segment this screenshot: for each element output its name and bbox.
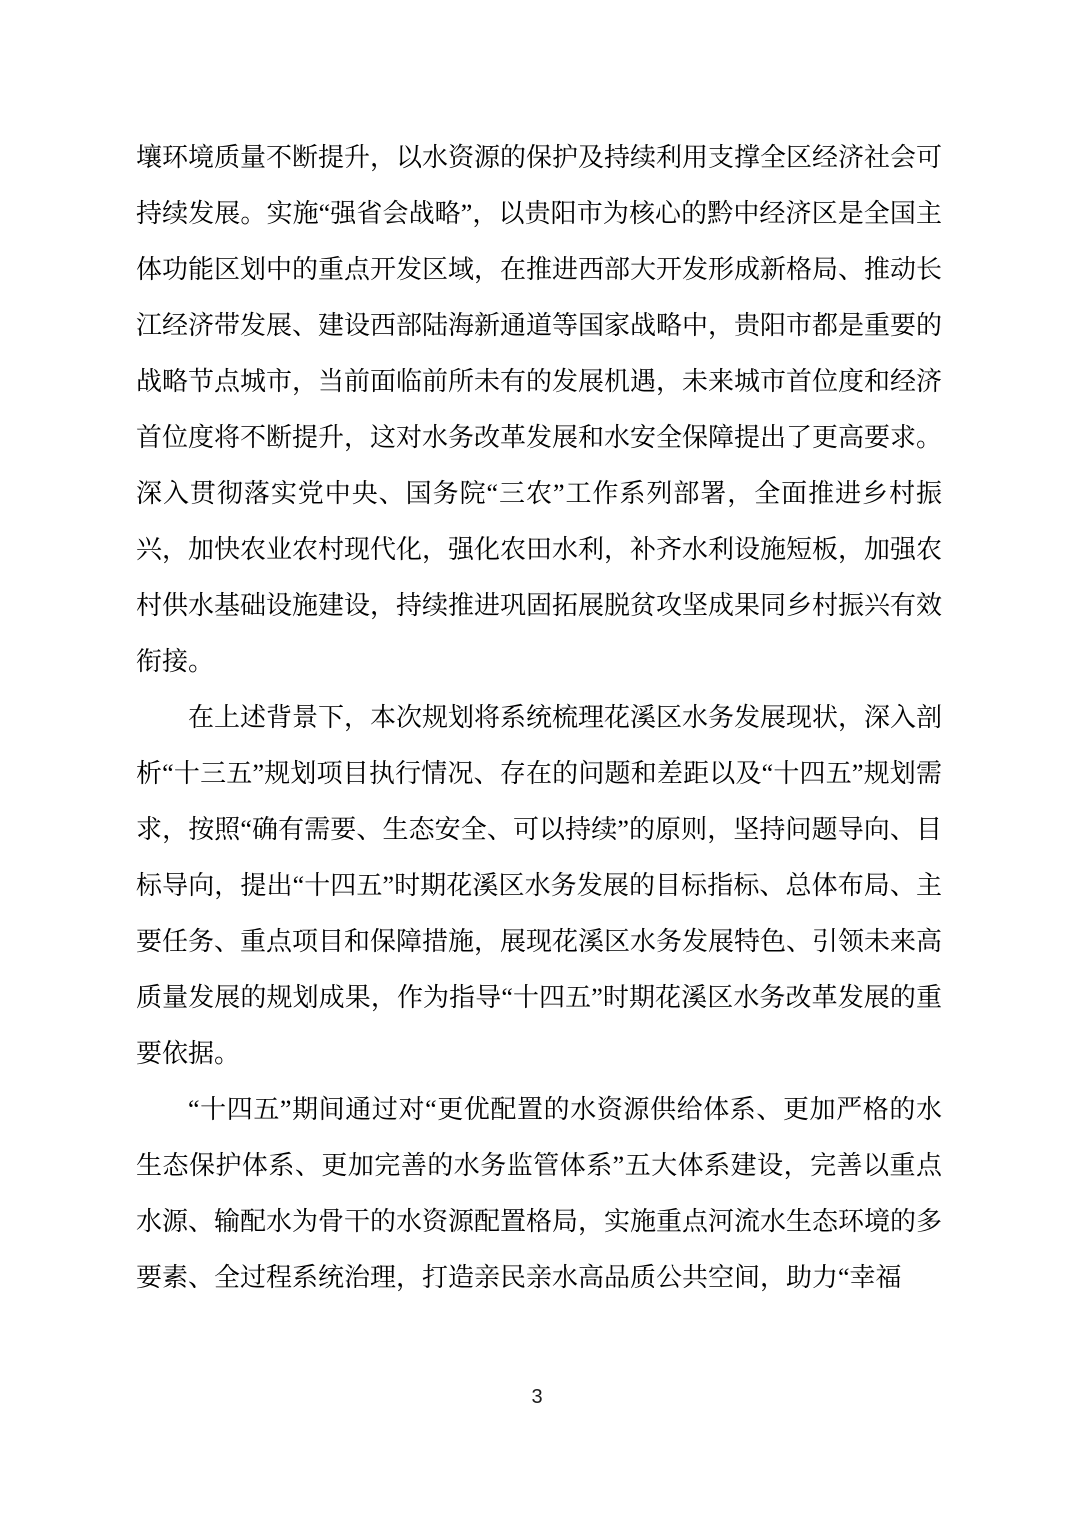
page-number: 3 (531, 1386, 542, 1408)
paragraph-continuation: 壤环境质量不断提升，以水资源的保护及持续利用支撑全区经济社会可持续发展。实施“强… (136, 130, 942, 690)
document-page: 壤环境质量不断提升，以水资源的保护及持续利用支撑全区经济社会可持续发展。实施“强… (0, 0, 1074, 1520)
document-body: 壤环境质量不断提升，以水资源的保护及持续利用支撑全区经济社会可持续发展。实施“强… (136, 130, 942, 1306)
paragraph-14th-five-year-systems: “十四五”期间通过对“更优配置的水资源供给体系、更加严格的水生态保护体系、更加完… (136, 1082, 942, 1306)
page-footer: 3 (0, 1386, 1074, 1409)
paragraph-planning-background: 在上述背景下，本次规划将系统梳理花溪区水务发展现状，深入剖析“十三五”规划项目执… (136, 690, 942, 1082)
